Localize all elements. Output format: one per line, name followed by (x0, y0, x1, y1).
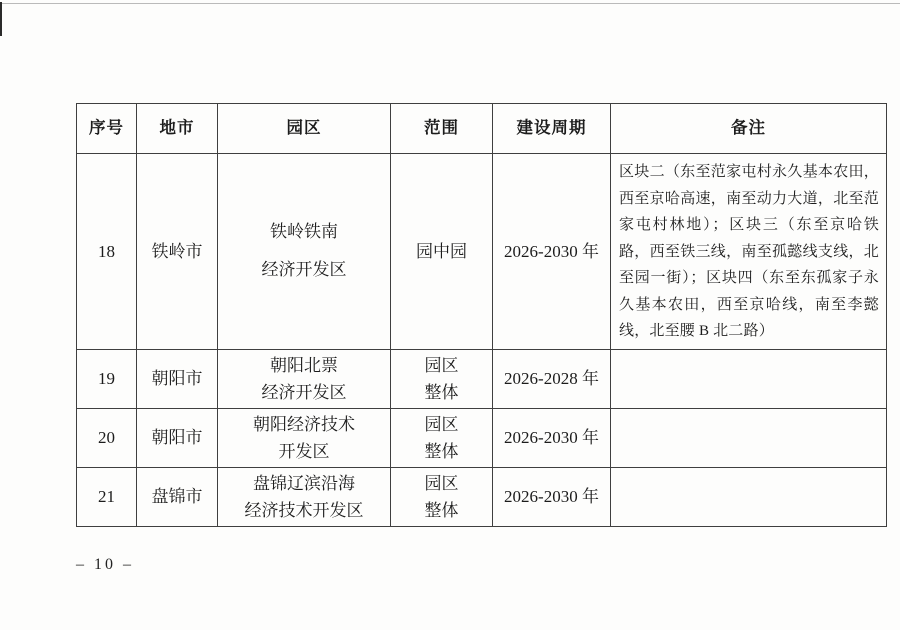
table-row: 19 朝阳市 朝阳北票 经济开发区 园区 整体 2026-2028 年 (77, 349, 887, 408)
cell-city: 朝阳市 (137, 349, 218, 408)
header-row: 序号 地市 园区 范围 建设周期 备注 (77, 104, 887, 154)
page-number: – 10 – (76, 556, 134, 574)
table-row: 20 朝阳市 朝阳经济技术 开发区 园区 整体 2026-2030 年 (77, 408, 887, 467)
col-header-scope: 范围 (391, 104, 493, 154)
col-header-city: 地市 (137, 104, 218, 154)
col-header-remark: 备注 (611, 104, 887, 154)
cell-remark: 区块二（东至范家屯村永久基本农田，西至京哈高速，南至动力大道，北至范家屯村林地）… (611, 154, 887, 350)
cell-scope: 园区 整体 (391, 408, 493, 467)
cell-park: 铁岭铁南 经济开发区 (218, 154, 391, 350)
cell-park: 朝阳经济技术 开发区 (218, 408, 391, 467)
cell-park: 朝阳北票 经济开发区 (218, 349, 391, 408)
scan-corner-artifact (0, 2, 2, 36)
cell-period: 2026-2030 年 (493, 467, 611, 526)
cell-city: 盘锦市 (137, 467, 218, 526)
cell-scope: 园区 整体 (391, 467, 493, 526)
cell-city: 铁岭市 (137, 154, 218, 350)
cell-serial: 20 (77, 408, 137, 467)
cell-park: 盘锦辽滨沿海 经济技术开发区 (218, 467, 391, 526)
table-row: 18 铁岭市 铁岭铁南 经济开发区 园中园 2026-2030 年 区块二（东至… (77, 154, 887, 350)
col-header-serial: 序号 (77, 104, 137, 154)
cell-city: 朝阳市 (137, 408, 218, 467)
col-header-period: 建设周期 (493, 104, 611, 154)
cell-serial: 18 (77, 154, 137, 350)
park-construction-table: 序号 地市 园区 范围 建设周期 备注 18 铁岭市 铁岭铁南 经济开发区 园中… (76, 103, 887, 527)
col-header-park: 园区 (218, 104, 391, 154)
cell-remark (611, 408, 887, 467)
table-header: 序号 地市 园区 范围 建设周期 备注 (77, 104, 887, 154)
cell-remark (611, 349, 887, 408)
table-row: 21 盘锦市 盘锦辽滨沿海 经济技术开发区 园区 整体 2026-2030 年 (77, 467, 887, 526)
cell-serial: 21 (77, 467, 137, 526)
cell-scope: 园区 整体 (391, 349, 493, 408)
cell-serial: 19 (77, 349, 137, 408)
scan-edge-artifact (0, 3, 900, 4)
cell-remark (611, 467, 887, 526)
cell-scope: 园中园 (391, 154, 493, 350)
cell-period: 2026-2030 年 (493, 154, 611, 350)
cell-period: 2026-2030 年 (493, 408, 611, 467)
cell-period: 2026-2028 年 (493, 349, 611, 408)
